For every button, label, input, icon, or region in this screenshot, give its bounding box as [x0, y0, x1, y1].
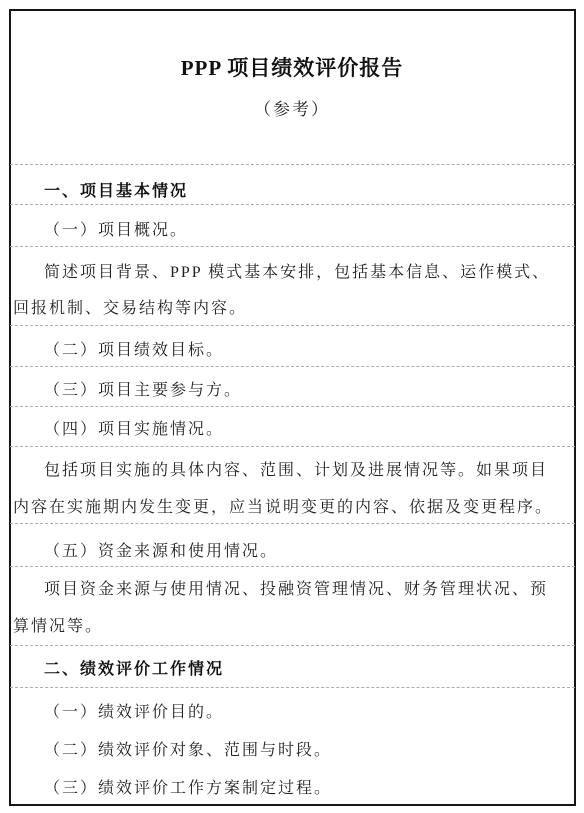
list-item: （一）项目概况。 — [44, 222, 188, 240]
paragraph-line: 包括项目实施的具体内容、范围、计划及进展情况等。如果项目 — [44, 462, 548, 480]
list-item: （二）项目绩效目标。 — [44, 342, 224, 360]
dashed-separator — [10, 566, 575, 567]
dashed-separator — [10, 406, 575, 407]
dashed-separator — [10, 325, 575, 326]
dashed-separator — [10, 645, 575, 646]
doc-subtitle: （参考） — [0, 100, 584, 120]
section-1-heading: 一、项目基本情况 — [44, 183, 188, 201]
dashed-separator — [10, 164, 575, 165]
paragraph-line: 简述项目背景、PPP 模式基本安排，包括基本信息、运作模式、 — [44, 264, 550, 282]
document-page: PPP 项目绩效评价报告 （参考） 一、项目基本情况 （一）项目概况。 简述项目… — [0, 0, 584, 813]
dashed-separator — [10, 446, 575, 447]
paragraph-line: 内容在实施期内发生变更，应当说明变更的内容、依据及变更程序。 — [13, 499, 553, 517]
dashed-separator — [10, 246, 575, 247]
dashed-separator — [10, 523, 575, 524]
list-item: （二）绩效评价对象、范围与时段。 — [44, 742, 332, 760]
section-2-heading: 二、绩效评价工作情况 — [44, 661, 224, 679]
dashed-separator — [10, 366, 575, 367]
list-item: （五）资金来源和使用情况。 — [44, 543, 278, 561]
dashed-separator — [10, 204, 575, 205]
list-item: （三）绩效评价工作方案制定过程。 — [44, 780, 332, 798]
list-item: （一）绩效评价目的。 — [44, 704, 224, 722]
list-item: （四）项目实施情况。 — [44, 421, 224, 439]
dashed-separator — [10, 687, 575, 688]
paragraph-line: 算情况等。 — [13, 618, 103, 636]
paragraph-line: 项目资金来源与使用情况、投融资管理情况、财务管理状况、预 — [44, 581, 548, 599]
list-item: （三）项目主要参与方。 — [44, 382, 242, 400]
paragraph-line: 回报机制、交易结构等内容。 — [13, 300, 247, 318]
doc-title: PPP 项目绩效评价报告 — [0, 56, 584, 80]
